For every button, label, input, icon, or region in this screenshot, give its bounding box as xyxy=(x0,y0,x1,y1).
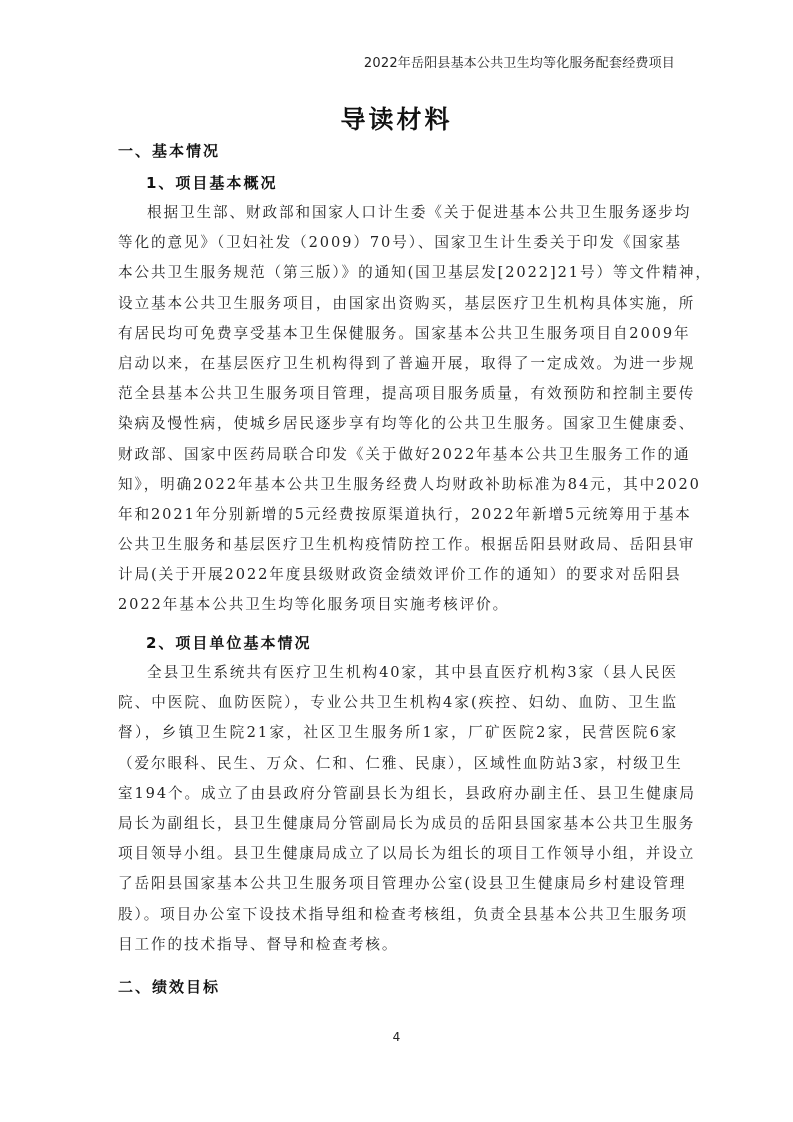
subsection-heading-unit-info: 2、项目单位基本情况 xyxy=(146,632,311,653)
document-page: 2022年岳阳县基本公共卫生均等化服务配套经费项目 导读材料 一、基本情况 1、… xyxy=(0,0,793,1122)
text-line: 目工作的技术指导、督导和检查考核。 xyxy=(118,930,678,960)
text-line: 室194个。成立了由县政府分管副县长为组长，县政府办副主任、县卫生健康局 xyxy=(118,779,678,809)
section-heading-basic-info: 一、基本情况 xyxy=(118,140,220,161)
text-line: 有居民均可免费享受基本卫生保健服务。国家基本公共卫生服务项目自2009年 xyxy=(118,319,678,349)
text-line: 全县卫生系统共有医疗卫生机构40家，其中县直医疗机构3家（县人民医 xyxy=(118,658,678,688)
text-line: 启动以来，在基层医疗卫生机构得到了普遍开展，取得了一定成效。为进一步规 xyxy=(118,349,678,379)
text-line: 了岳阳县国家基本公共卫生服务项目管理办公室(设县卫生健康局乡村建设管理 xyxy=(118,869,678,899)
page-number: 4 xyxy=(0,1030,793,1044)
text-line: 知》，明确2022年基本公共卫生服务经费人均财政补助标准为84元，其中2020 xyxy=(118,470,678,500)
section-heading-performance-goals: 二、绩效目标 xyxy=(118,976,220,997)
text-line: （爱尔眼科、民生、万众、仁和、仁雅、民康），区域性血防站3家，村级卫生 xyxy=(118,749,678,779)
text-line: 股）。项目办公室下设技术指导组和检查考核组，负责全县基本公共卫生服务项 xyxy=(118,900,678,930)
text-line: 根据卫生部、财政部和国家人口计生委《关于促进基本公共卫生服务逐步均 xyxy=(118,198,678,228)
text-line: 公共卫生服务和基层医疗卫生机构疫情防控工作。根据岳阳县财政局、岳阳县审 xyxy=(118,530,678,560)
text-line: 2022年基本公共卫生均等化服务项目实施考核评价。 xyxy=(118,590,678,620)
text-line: 项目领导小组。县卫生健康局成立了以局长为组长的项目工作领导小组，并设立 xyxy=(118,839,678,869)
text-line: 范全县基本公共卫生服务项目管理，提高项目服务质量，有效预防和控制主要传 xyxy=(118,379,678,409)
text-line: 年和2021年分别新增的5元经费按原渠道执行，2022年新增5元统筹用于基本 xyxy=(118,500,678,530)
text-line: 局长为副组长，县卫生健康局分管副局长为成员的岳阳县国家基本公共卫生服务 xyxy=(118,809,678,839)
paragraph-project-overview: 根据卫生部、财政部和国家人口计生委《关于促进基本公共卫生服务逐步均 等化的意见》… xyxy=(118,198,678,621)
text-line: 计局(关于开展2022年度县级财政资金绩效评价工作的通知）的要求对岳阳县 xyxy=(118,560,678,590)
text-line: 染病及慢性病，使城乡居民逐步享有均等化的公共卫生服务。国家卫生健康委、 xyxy=(118,409,678,439)
running-header: 2022年岳阳县基本公共卫生均等化服务配套经费项目 xyxy=(364,52,675,71)
text-line: 督），乡镇卫生院21家，社区卫生服务所1家，厂矿医院2家，民营医院6家 xyxy=(118,718,678,748)
text-line: 本公共卫生服务规范（第三版）》的通知(国卫基层发[2022]21号）等文件精神， xyxy=(118,258,678,288)
paragraph-unit-info: 全县卫生系统共有医疗卫生机构40家，其中县直医疗机构3家（县人民医 院、中医院、… xyxy=(118,658,678,960)
text-line: 等化的意见》（卫妇社发（2009）70号）、国家卫生计生委关于印发《国家基 xyxy=(118,228,678,258)
document-title: 导读材料 xyxy=(0,100,793,136)
text-line: 设立基本公共卫生服务项目，由国家出资购买，基层医疗卫生机构具体实施，所 xyxy=(118,289,678,319)
subsection-heading-project-overview: 1、项目基本概况 xyxy=(146,172,277,193)
text-line: 院、中医院、血防医院），专业公共卫生机构4家(疾控、妇幼、血防、卫生监 xyxy=(118,688,678,718)
text-line: 财政部、国家中医药局联合印发《关于做好2022年基本公共卫生服务工作的通 xyxy=(118,440,678,470)
